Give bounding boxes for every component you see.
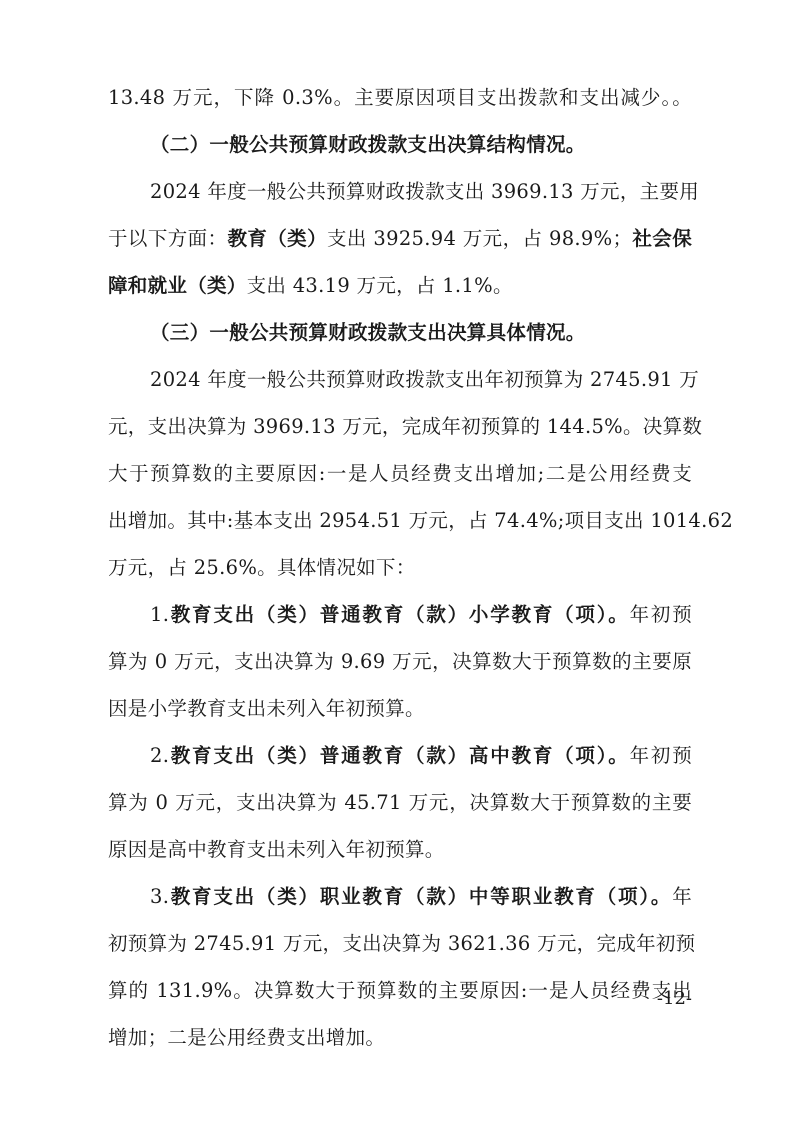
item-number: 3. xyxy=(150,885,169,908)
item-2-heading: 2.教育支出（类）普通教育（款）高中教育（项）。年初预 xyxy=(150,744,692,768)
text-line: 增加；二是公用经费支出增加。 xyxy=(108,1026,692,1050)
item-number: 1. xyxy=(150,603,169,626)
bold-term: 教育（类） xyxy=(227,227,327,250)
text-line: 算的 131.9%。决算数大于预算数的主要原因:一是人员经费支出 xyxy=(108,979,692,1003)
text-span: 年初预 xyxy=(630,603,692,626)
bold-term: 障和就业（类） xyxy=(108,274,247,297)
text-line: 障和就业（类）支出 43.19 万元，占 1.1%。 xyxy=(108,274,692,298)
text-span: 年初预 xyxy=(630,744,692,767)
section-heading-3: （三）一般公共预算财政拨款支出决算具体情况。 xyxy=(150,321,734,345)
text-line: 原因是高中教育支出未列入年初预算。 xyxy=(108,838,692,862)
page-number: -12- xyxy=(657,988,692,1009)
text-line: 元，支出决算为 3969.13 万元，完成年初预算的 144.5%。决算数 xyxy=(108,415,692,439)
text-span: 支出 3925.94 万元，占 98.9%； xyxy=(327,227,632,250)
bold-term: 社会保 xyxy=(632,227,692,250)
text-line: 因是小学教育支出未列入年初预算。 xyxy=(108,697,692,721)
text-line: 算为 0 万元，支出决算为 45.71 万元，决算数大于预算数的主要 xyxy=(108,791,692,815)
section-heading-2: （二）一般公共预算财政拨款支出决算结构情况。 xyxy=(150,133,734,157)
item-1-heading: 1.教育支出（类）普通教育（款）小学教育（项）。年初预 xyxy=(150,603,692,627)
item-title: 教育支出（类）普通教育（款）高中教育（项）。 xyxy=(169,744,629,767)
text-line: 万元，占 25.6%。具体情况如下： xyxy=(108,556,692,580)
text-line: 13.48 万元，下降 0.3%。主要原因项目支出拨款和支出减少。。 xyxy=(108,86,692,110)
item-number: 2. xyxy=(150,744,169,767)
text-line: 于以下方面：教育（类）支出 3925.94 万元，占 98.9%；社会保 xyxy=(108,227,692,251)
text-span: 于以下方面： xyxy=(108,227,227,250)
text-line: 2024 年度一般公共预算财政拨款支出年初预算为 2745.91 万 xyxy=(150,368,692,392)
text-line: 2024 年度一般公共预算财政拨款支出 3969.13 万元，主要用 xyxy=(150,180,692,204)
text-line: 出增加。其中:基本支出 2954.51 万元，占 74.4%;项目支出 1014… xyxy=(108,509,692,533)
item-title: 教育支出（类）普通教育（款）小学教育（项）。 xyxy=(169,603,629,626)
text-span: 支出 43.19 万元，占 1.1%。 xyxy=(247,274,513,297)
text-line: 大于预算数的主要原因:一是人员经费支出增加;二是公用经费支 xyxy=(108,462,692,486)
item-3-heading: 3.教育支出（类）职业教育（款）中等职业教育（项）。年 xyxy=(150,885,692,909)
item-title: 教育支出（类）职业教育（款）中等职业教育（项）。 xyxy=(169,885,672,908)
text-line: 初预算为 2745.91 万元，支出决算为 3621.36 万元，完成年初预 xyxy=(108,932,692,956)
text-line: 算为 0 万元，支出决算为 9.69 万元，决算数大于预算数的主要原 xyxy=(108,650,692,674)
text-span: 年 xyxy=(672,885,692,908)
